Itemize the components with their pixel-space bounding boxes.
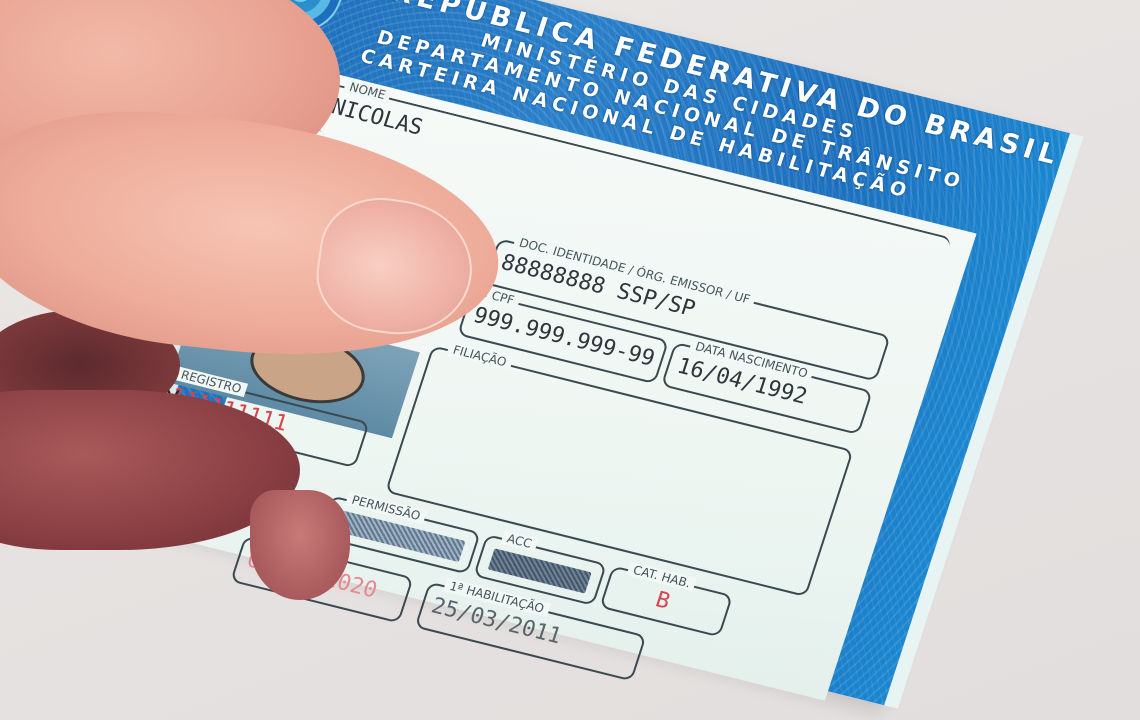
photo-scene: REPÚBLICA FEDERATIVA DO BRASIL MINISTÉRI…	[0, 0, 1140, 720]
acc-hatch-pattern	[488, 548, 592, 593]
value-cat-hab: B	[652, 588, 673, 615]
field-cat-hab: CAT. HAB. B	[599, 565, 733, 637]
value-nome: NICOLAS	[328, 94, 426, 140]
drivers-license-card: REPÚBLICA FEDERATIVA DO BRASIL MINISTÉRI…	[69, 0, 1070, 705]
label-acc: ACC	[500, 530, 538, 552]
